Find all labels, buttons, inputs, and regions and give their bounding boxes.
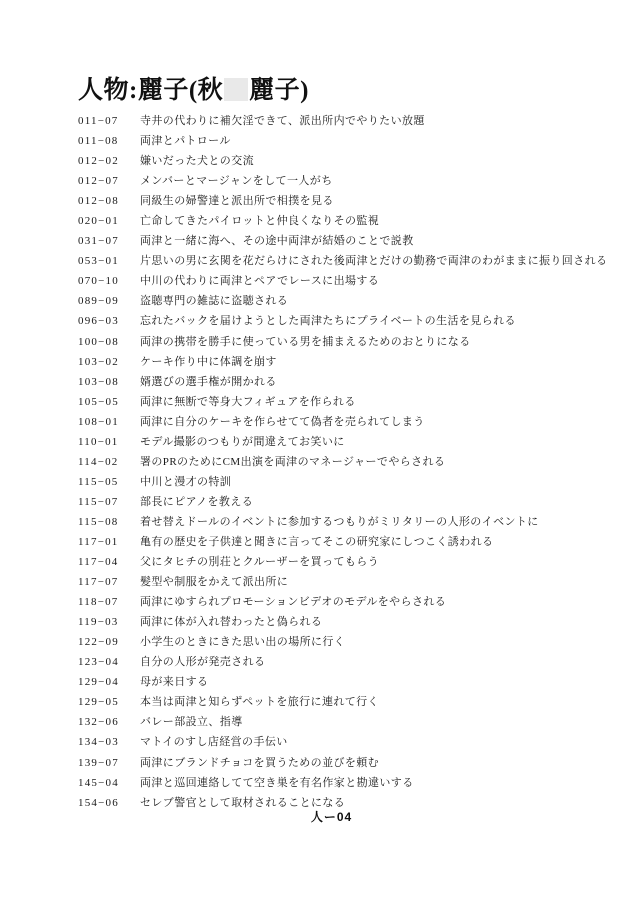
entry-code: 096−03	[78, 311, 140, 331]
entry-description: 両津に体が入れ替わったと偽られる	[140, 612, 609, 632]
entry-code: 115−08	[78, 512, 140, 532]
entry-description: 中川と漫才の特訓	[140, 472, 609, 492]
entry-code: 031−07	[78, 231, 140, 251]
entry-description: 両津にゆすられプロモーションビデオのモデルをやらされる	[140, 592, 609, 612]
entry-description: 小学生のときにきた思い出の場所に行く	[140, 632, 609, 652]
list-item: 103−08 婿選びの選手権が開かれる	[78, 372, 609, 392]
entry-description: 自分の人形が発売される	[140, 652, 609, 672]
entry-code: 053−01	[78, 251, 140, 271]
entry-description: 両津に自分のケーキを作らせてて偽者を売られてしまう	[140, 412, 609, 432]
title-text-prefix: 人物:麗子(秋	[78, 77, 223, 104]
list-item: 117−01 亀有の歴史を子供達と聞きに言ってそこの研究家にしつこく誘われる	[78, 532, 609, 552]
entry-description: 中川の代わりに両津とペアでレースに出場する	[140, 271, 609, 291]
list-item: 012−02 嫌いだった犬との交流	[78, 151, 609, 171]
list-item: 123−04 自分の人形が発売される	[78, 652, 609, 672]
list-item: 110−01 モデル撮影のつもりが間違えてお笑いに	[78, 432, 609, 452]
entry-description: 父にタヒチの別荘とクルーザーを買ってもらう	[140, 552, 609, 572]
list-item: 108−01 両津に自分のケーキを作らせてて偽者を売られてしまう	[78, 412, 609, 432]
entry-description: 髪型や制服をかえて派出所に	[140, 572, 609, 592]
entry-description: 母が来日する	[140, 672, 609, 692]
entry-description: 本当は両津と知らずペットを旅行に連れて行く	[140, 692, 609, 712]
entry-code: 117−04	[78, 552, 140, 572]
entry-code: 139−07	[78, 753, 140, 773]
entry-description: 部長にピアノを教える	[140, 492, 609, 512]
list-item: 011−07 寺井の代わりに補欠淫できて、派出所内でやりたい放題	[78, 111, 609, 131]
entry-code: 012−08	[78, 191, 140, 211]
entry-code: 115−05	[78, 472, 140, 492]
entry-code: 117−07	[78, 572, 140, 592]
entry-code: 012−02	[78, 151, 140, 171]
entry-code: 110−01	[78, 432, 140, 452]
list-item: 089−09 盗聴専門の雑誌に盗聴される	[78, 291, 609, 311]
entry-description: 着せ替えドールのイベントに参加するつもりがミリタリーの人形のイベントに	[140, 512, 609, 532]
entry-description: 片思いの男に玄関を花だらけにされた後両津とだけの勤務で両津のわがままに振り回され…	[140, 251, 609, 271]
list-item: 070−10 中川の代わりに両津とペアでレースに出場する	[78, 271, 609, 291]
entry-description: 亡命してきたパイロットと仲良くなりその監視	[140, 211, 609, 231]
list-item: 053−01 片思いの男に玄関を花だらけにされた後両津とだけの勤務で両津のわがま…	[78, 251, 609, 271]
entry-description: 両津にブランドチョコを買うための並びを頼む	[140, 753, 609, 773]
title-text-suffix: 麗子)	[249, 77, 309, 104]
entry-description: 忘れたバックを届けようとした両津たちにプライベートの生活を見られる	[140, 311, 609, 331]
entry-code: 132−06	[78, 712, 140, 732]
entry-description: 婿選びの選手権が開かれる	[140, 372, 609, 392]
entry-code: 119−03	[78, 612, 140, 632]
list-item: 132−06 バレー部設立、指導	[78, 712, 609, 732]
list-item: 115−07 部長にピアノを教える	[78, 492, 609, 512]
list-item: 105−05 両津に無断で等身大フィギュアを作られる	[78, 392, 609, 412]
entry-description: 両津と一緒に海へ、その途中両津が結婚のことで説教	[140, 231, 609, 251]
list-item: 012−08 同級生の婦警達と派出所で相撲を見る	[78, 191, 609, 211]
entry-code: 089−09	[78, 291, 140, 311]
list-item: 103−02 ケーキ作り中に体調を崩す	[78, 352, 609, 372]
list-item: 118−07 両津にゆすられプロモーションビデオのモデルをやらされる	[78, 592, 609, 612]
entry-code: 103−08	[78, 372, 140, 392]
list-item: 139−07 両津にブランドチョコを買うための並びを頼む	[78, 753, 609, 773]
entry-description: バレー部設立、指導	[140, 712, 609, 732]
redacted-box	[224, 78, 248, 101]
entry-code: 129−04	[78, 672, 140, 692]
entry-code: 145−04	[78, 773, 140, 793]
entry-list: 011−07 寺井の代わりに補欠淫できて、派出所内でやりたい放題 011−08 …	[78, 111, 609, 813]
entry-code: 108−01	[78, 412, 140, 432]
entry-code: 070−10	[78, 271, 140, 291]
entry-description: 亀有の歴史を子供達と聞きに言ってそこの研究家にしつこく誘われる	[140, 532, 609, 552]
entry-code: 118−07	[78, 592, 140, 612]
entry-code: 114−02	[78, 452, 140, 472]
list-item: 114−02 署のPRのためにCM出演を両津のマネージャーでやらされる	[78, 452, 609, 472]
entry-code: 100−08	[78, 332, 140, 352]
entry-description: マトイのすし店経営の手伝い	[140, 732, 609, 752]
entry-code: 117−01	[78, 532, 140, 552]
entry-code: 123−04	[78, 652, 140, 672]
entry-description: 署のPRのためにCM出演を両津のマネージャーでやらされる	[140, 452, 609, 472]
entry-code: 134−03	[78, 732, 140, 752]
list-item: 100−08 両津の携帯を勝手に使っている男を捕まえるためのおとりになる	[78, 332, 609, 352]
list-item: 020−01 亡命してきたパイロットと仲良くなりその監視	[78, 211, 609, 231]
entry-code: 103−02	[78, 352, 140, 372]
list-item: 115−05 中川と漫才の特訓	[78, 472, 609, 492]
list-item: 129−04 母が来日する	[78, 672, 609, 692]
entry-description: 両津の携帯を勝手に使っている男を捕まえるためのおとりになる	[140, 332, 609, 352]
entry-description: モデル撮影のつもりが間違えてお笑いに	[140, 432, 609, 452]
entry-description: 盗聴専門の雑誌に盗聴される	[140, 291, 609, 311]
entry-code: 122−09	[78, 632, 140, 652]
page-title: 人物:麗子(秋麗子)	[78, 70, 309, 106]
entry-description: 両津に無断で等身大フィギュアを作られる	[140, 392, 609, 412]
entry-description: メンバーとマージャンをして一人がち	[140, 171, 609, 191]
entry-code: 011−08	[78, 131, 140, 151]
list-item: 117−04 父にタヒチの別荘とクルーザーを買ってもらう	[78, 552, 609, 572]
entry-description: 同級生の婦警達と派出所で相撲を見る	[140, 191, 609, 211]
entry-code: 115−07	[78, 492, 140, 512]
list-item: 011−08 両津とパトロール	[78, 131, 609, 151]
entry-code: 129−05	[78, 692, 140, 712]
entry-code: 105−05	[78, 392, 140, 412]
list-item: 134−03 マトイのすし店経営の手伝い	[78, 732, 609, 752]
list-item: 012−07 メンバーとマージャンをして一人がち	[78, 171, 609, 191]
list-item: 096−03 忘れたバックを届けようとした両津たちにプライベートの生活を見られる	[78, 311, 609, 331]
page-number: 人ー04	[78, 808, 585, 825]
list-item: 122−09 小学生のときにきた思い出の場所に行く	[78, 632, 609, 652]
entry-description: ケーキ作り中に体調を崩す	[140, 352, 609, 372]
entry-description: 両津とパトロール	[140, 131, 609, 151]
list-item: 129−05 本当は両津と知らずペットを旅行に連れて行く	[78, 692, 609, 712]
document-page: 人物:麗子(秋麗子) 011−07 寺井の代わりに補欠淫できて、派出所内でやりた…	[0, 0, 629, 900]
entry-code: 020−01	[78, 211, 140, 231]
list-item: 145−04 両津と巡回連絡してて空き巣を有名作家と勘違いする	[78, 773, 609, 793]
entry-description: 嫌いだった犬との交流	[140, 151, 609, 171]
entry-code: 011−07	[78, 111, 140, 131]
list-item: 031−07 両津と一緒に海へ、その途中両津が結婚のことで説教	[78, 231, 609, 251]
entry-description: 両津と巡回連絡してて空き巣を有名作家と勘違いする	[140, 773, 609, 793]
entry-code: 012−07	[78, 171, 140, 191]
list-item: 115−08 着せ替えドールのイベントに参加するつもりがミリタリーの人形のイベン…	[78, 512, 609, 532]
entry-description: 寺井の代わりに補欠淫できて、派出所内でやりたい放題	[140, 111, 609, 131]
list-item: 119−03 両津に体が入れ替わったと偽られる	[78, 612, 609, 632]
list-item: 117−07 髪型や制服をかえて派出所に	[78, 572, 609, 592]
